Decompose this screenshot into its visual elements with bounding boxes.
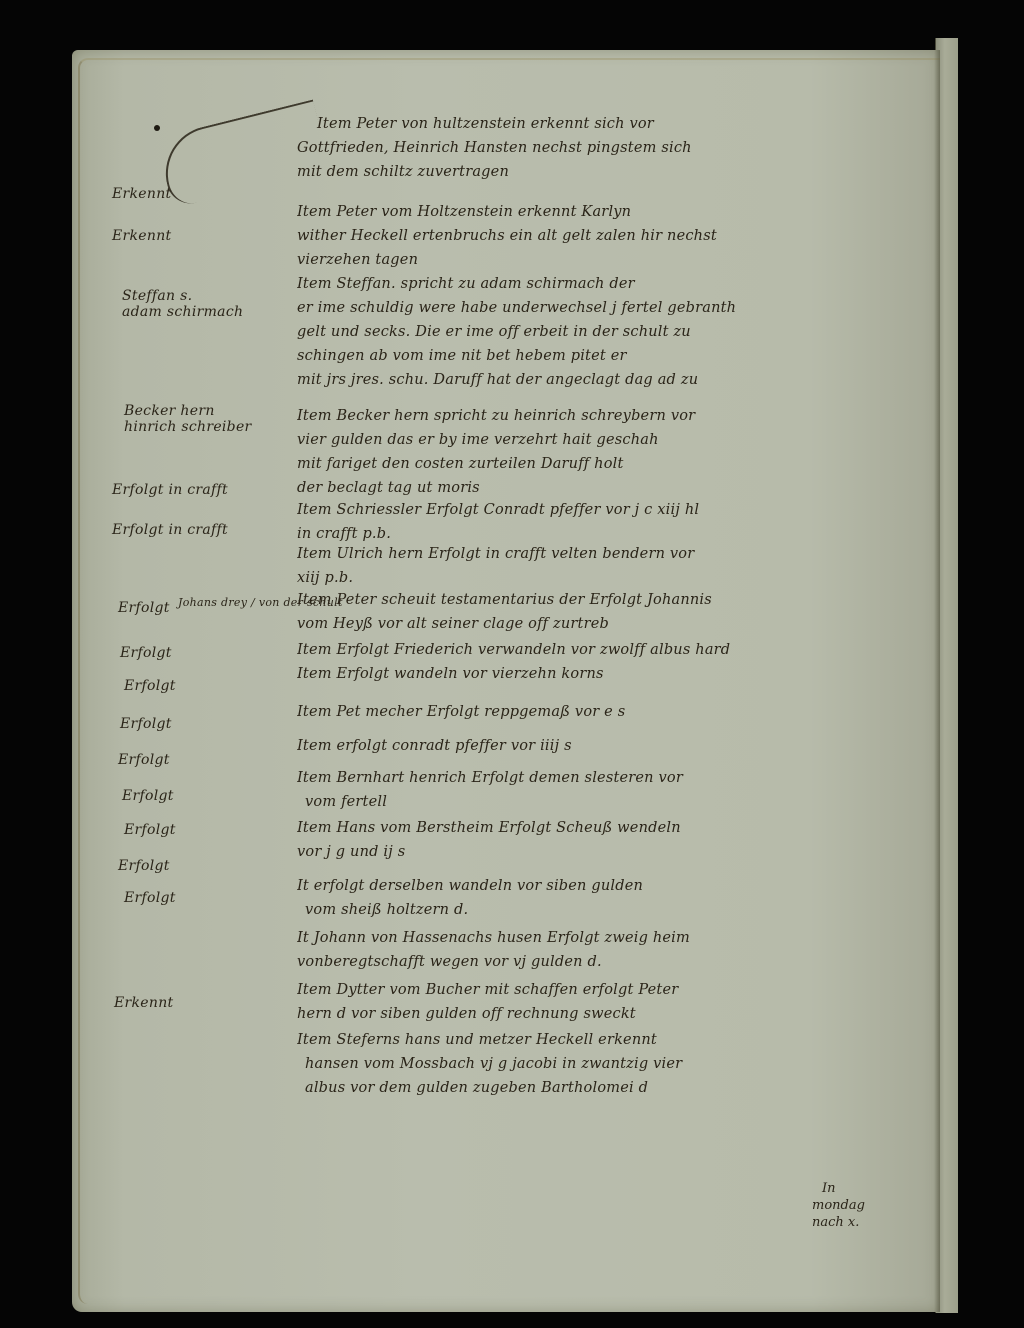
margin-note: Erfolgt: [118, 600, 170, 616]
entry-line: vom sheiß holtzern d.: [297, 898, 937, 922]
entry-line: schingen ab vom ime nit bet hebem pitet …: [297, 344, 937, 368]
margin-note: Erfolgt: [120, 716, 172, 732]
entry-line: vonberegtschafft wegen vor vj gulden d.: [297, 950, 937, 974]
record-entry: Item Peter vom Holtzenstein erkennt Karl…: [297, 200, 937, 272]
margin-note: Erfolgt: [124, 822, 176, 838]
margin-note: Steffan s. adam schirmach: [122, 288, 243, 320]
margin-note: Erfolgt: [118, 858, 170, 874]
manuscript-page: Erkennt Erkennt Steffan s. adam schirmac…: [72, 50, 940, 1312]
entry-line: vom fertell: [297, 790, 937, 814]
record-entry: Item Hans vom Berstheim Erfolgt Scheuß w…: [297, 816, 937, 864]
entry-line: Item Steffan. spricht zu adam schirmach …: [297, 272, 937, 296]
record-entry: Item Steferns hans und metzer Heckell er…: [297, 1028, 937, 1100]
entry-line: Item Schriessler Erfolgt Conradt pfeffer…: [297, 498, 937, 522]
catchword-line: mondag: [812, 1197, 865, 1214]
entry-line: Gottfrieden, Heinrich Hansten nechst pin…: [297, 136, 937, 160]
entry-line: Item Steferns hans und metzer Heckell er…: [297, 1028, 937, 1052]
entry-line: It erfolgt derselben wandeln vor siben g…: [297, 874, 937, 898]
entry-line: Item Dytter vom Bucher mit schaffen erfo…: [297, 978, 937, 1002]
margin-note-line: Steffan s.: [122, 288, 243, 304]
record-entry: Item Schriessler Erfolgt Conradt pfeffer…: [297, 498, 937, 546]
record-entry: Item Erfolgt Friederich verwandeln vor z…: [297, 638, 937, 686]
record-entry: Item Ulrich hern Erfolgt in crafft velte…: [297, 542, 937, 590]
margin-note: Erfolgt: [124, 890, 176, 906]
entry-line: albus vor dem gulden zugeben Bartholomei…: [297, 1076, 937, 1100]
record-entry: It erfolgt derselben wandeln vor siben g…: [297, 874, 937, 922]
entry-line: Item Becker hern spricht zu heinrich sch…: [297, 404, 937, 428]
margin-note: Erfolgt: [122, 788, 174, 804]
margin-note: Becker hern hinrich schreiber: [124, 403, 252, 435]
entry-line: Item Peter vom Holtzenstein erkennt Karl…: [297, 200, 937, 224]
margin-note: Erfolgt: [120, 645, 172, 661]
entry-line: Item Pet mecher Erfolgt reppgemaß vor e …: [297, 700, 937, 724]
entry-line: Item Erfolgt Friederich verwandeln vor z…: [297, 638, 937, 662]
entry-line: der beclagt tag ut moris: [297, 476, 937, 500]
record-entry: Item Peter scheuit testamentarius der Er…: [297, 588, 937, 636]
catchword-note: In mondag nach x.: [812, 1180, 865, 1231]
margin-note: Erfolgt in crafft: [112, 482, 228, 498]
entry-line: vor j g und ij s: [297, 840, 937, 864]
record-entry: Item Pet mecher Erfolgt reppgemaß vor e …: [297, 700, 937, 724]
record-entry: Item Steffan. spricht zu adam schirmach …: [297, 272, 937, 392]
margin-note: Erkennt: [112, 228, 171, 244]
entry-line: Item Ulrich hern Erfolgt in crafft velte…: [297, 542, 937, 566]
entry-line: Item Bernhart henrich Erfolgt demen sles…: [297, 766, 937, 790]
entry-line: mit fariget den costen zurteilen Daruff …: [297, 452, 937, 476]
entry-line: vier gulden das er by ime verzehrt hait …: [297, 428, 937, 452]
entry-line: mit jrs jres. schu. Daruff hat der angec…: [297, 368, 937, 392]
catchword-line: nach x.: [812, 1214, 865, 1231]
entry-line: hern d vor siben gulden off rechnung swe…: [297, 1002, 937, 1026]
entry-line: wither Heckell ertenbruchs ein alt gelt …: [297, 224, 937, 248]
margin-note: Erkennt: [112, 186, 171, 202]
entry-line: er ime schuldig were habe underwechsel j…: [297, 296, 937, 320]
catchword-line: In: [812, 1180, 865, 1197]
margin-note: Erfolgt in crafft: [112, 522, 228, 538]
record-entry: Item Peter von hultzenstein erkennt sich…: [297, 112, 937, 184]
entry-line: vom Heyß vor alt seiner clage off zurtre…: [297, 612, 937, 636]
record-entry: Item Dytter vom Bucher mit schaffen erfo…: [297, 978, 937, 1026]
margin-note: Erkennt: [114, 995, 173, 1011]
entry-line: vierzehen tagen: [297, 248, 937, 272]
entry-line: It Johann von Hassenachs husen Erfolgt z…: [297, 926, 937, 950]
margin-note: Erfolgt: [118, 752, 170, 768]
margin-note-line: hinrich schreiber: [124, 419, 252, 435]
record-entry: Item Becker hern spricht zu heinrich sch…: [297, 404, 937, 500]
margin-note: Erfolgt: [124, 678, 176, 694]
margin-note-line: Becker hern: [124, 403, 252, 419]
record-entry: Item Bernhart henrich Erfolgt demen sles…: [297, 766, 937, 814]
ink-dot: [154, 125, 160, 131]
entry-line: Item Hans vom Berstheim Erfolgt Scheuß w…: [297, 816, 937, 840]
entry-line: Item Peter von hultzenstein erkennt sich…: [297, 112, 937, 136]
entry-line: Item Peter scheuit testamentarius der Er…: [297, 588, 937, 612]
record-entry: Item erfolgt conradt pfeffer vor iiij s: [297, 734, 937, 758]
entry-line: hansen vom Mossbach vj g jacobi in zwant…: [297, 1052, 937, 1076]
entry-line: gelt und secks. Die er ime off erbeit in…: [297, 320, 937, 344]
record-entry: It Johann von Hassenachs husen Erfolgt z…: [297, 926, 937, 974]
entry-line: mit dem schiltz zuvertragen: [297, 160, 937, 184]
entry-line: Item Erfolgt wandeln vor vierzehn korns: [297, 662, 937, 686]
entry-line: Item erfolgt conradt pfeffer vor iiij s: [297, 734, 937, 758]
entry-line: xiij p.b.: [297, 566, 937, 590]
margin-note-line: adam schirmach: [122, 304, 243, 320]
